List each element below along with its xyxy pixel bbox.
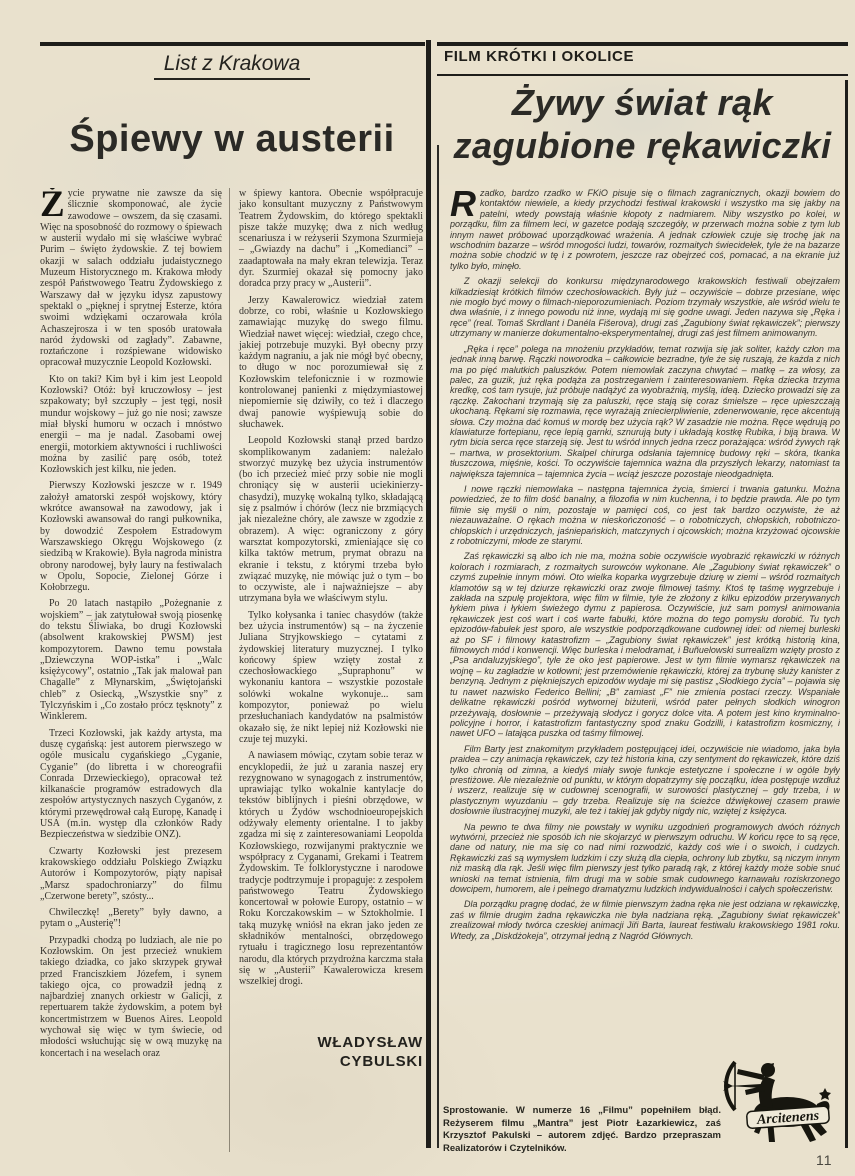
paragraph: Film Barty jest znakomitym przykładem po…	[450, 744, 840, 817]
paragraph: Przypadki chodzą po ludziach, ale nie po…	[40, 935, 222, 1059]
svg-text:Arcitenens: Arcitenens	[755, 1109, 820, 1128]
paragraph: Jerzy Kawalerowicz wiedział zatem dobrze…	[239, 295, 423, 431]
paragraph: Po 20 latach nastąpiło „Pożegnanie z woj…	[40, 598, 222, 722]
drop-cap: Ż	[40, 188, 68, 220]
page-number: 11	[816, 1152, 833, 1168]
correction-note: Sprostowanie. W numerze 16 „Filmu” popeł…	[443, 1105, 721, 1161]
left-article-title: Śpiewy w austerii	[40, 118, 424, 161]
paragraph: Zaś rękawiczki są albo ich nie ma, można…	[450, 551, 840, 738]
center-divider-bar	[426, 40, 431, 1148]
right-article: FILM KRÓTKI I OKOLICE Żywy świat rąk zag…	[437, 38, 848, 167]
paragraph: Rzadko, bardzo rzadko w FKiO pisuje się …	[450, 188, 840, 271]
paragraph: Z okazji selekcji do konkursu międzynaro…	[450, 276, 840, 338]
magazine-page: List z Krakowa Śpiewy w austerii Życie p…	[0, 0, 855, 1176]
paragraph: Tylko kołysanka i taniec chasydów (także…	[239, 610, 423, 746]
paragraph: Leopold Kozłowski stanął przed bardzo sk…	[239, 435, 423, 604]
paragraph-text: zadko, bardzo rzadko w FKiO pisuje się o…	[450, 188, 840, 271]
paragraph: Dla porządku pragnę dodać, że w filmie p…	[450, 899, 840, 941]
right-article-body: Rzadko, bardzo rzadko w FKiO pisuje się …	[450, 188, 840, 1088]
kicker-wrap: List z Krakowa	[40, 52, 424, 80]
byline-line: WŁADYSŁAW	[317, 1034, 423, 1051]
correction-row: Sprostowanie. W numerze 16 „Filmu” popeł…	[443, 1060, 835, 1161]
paragraph: Pierwszy Kozłowski jeszcze w r. 1949 zał…	[40, 480, 222, 593]
right-article-title: Żywy świat rąk zagubione rękawiczki	[437, 81, 848, 167]
sagittarius-archer-icon: Arcitenens	[721, 1060, 835, 1156]
arcitenens-logo: Arcitenens	[721, 1060, 835, 1161]
right-article-right-rule	[845, 80, 848, 1148]
title-line: zagubione rękawiczki	[453, 125, 831, 166]
paragraph: Życie prywatne nie zawsze da się śliczni…	[40, 188, 222, 369]
left-article-column-1: Życie prywatne nie zawsze da się śliczni…	[40, 188, 229, 1152]
byline-line: CYBULSKI	[340, 1053, 423, 1070]
left-article-columns: Życie prywatne nie zawsze da się śliczni…	[40, 188, 424, 1152]
left-article: List z Krakowa Śpiewy w austerii Życie p…	[40, 38, 424, 161]
paragraph: „Ręka i ręce” polega na mnożeniu przykła…	[450, 344, 840, 479]
paragraph: Na pewno te dwa filmy nie powstały w wyn…	[450, 822, 840, 895]
right-article-left-rule	[437, 145, 439, 1148]
author-byline: WŁADYSŁAW CYBULSKI	[239, 1033, 423, 1071]
left-article-column-2: w śpiewy kantora. Obecnie współpracuje j…	[229, 188, 423, 1152]
title-line: Żywy świat rąk	[512, 82, 773, 123]
section-header: FILM KRÓTKI I OKOLICE	[444, 48, 848, 65]
paragraph: Chwileczkę! „Berety” były dawno, a pytam…	[40, 907, 222, 930]
paragraph: Trzeci Kozłowski, jak każdy artysta, ma …	[40, 728, 222, 841]
paragraph-text: ycie prywatne nie zawsze da się ślicznie…	[40, 188, 222, 368]
paragraph: I nowe rączki niemowlaka – następna taje…	[450, 484, 840, 546]
paragraph: Kto on taki? Kim był i kim jest Leopold …	[40, 374, 222, 476]
paragraph: A nawiasem mówiąc, czytam sobie teraz w …	[239, 750, 423, 987]
kicker: List z Krakowa	[154, 52, 311, 80]
paragraph: w śpiewy kantora. Obecnie współpracuje j…	[239, 188, 423, 290]
drop-cap: R	[450, 188, 480, 218]
paragraph: Czwarty Kozłowski jest prezesem krakowsk…	[40, 846, 222, 902]
